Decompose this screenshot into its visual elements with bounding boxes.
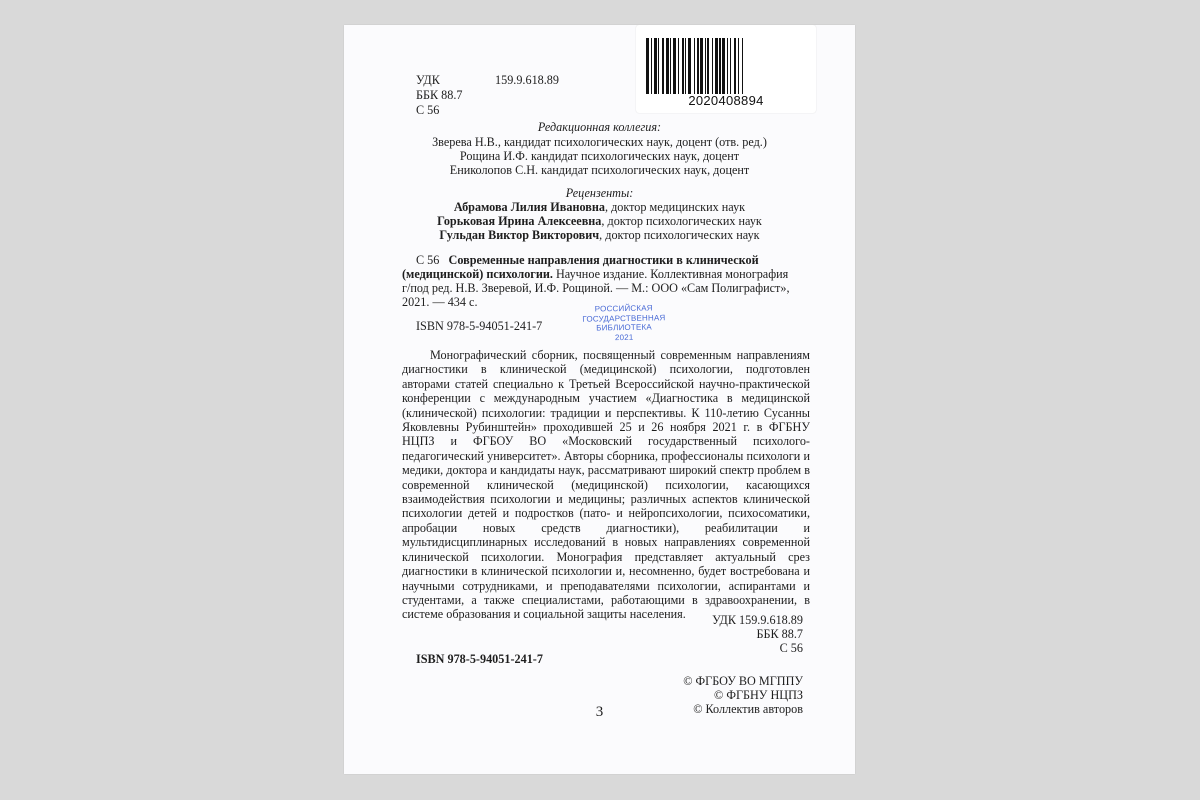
bibliographic-line: (медицинской) психологии. Научное издани… [402, 267, 788, 281]
page-number: 3 [344, 704, 855, 721]
reviewers-heading: Рецензенты: [344, 186, 855, 200]
reviewer: Гульдан Виктор Викторович, доктор психол… [344, 228, 855, 242]
editorial-member: Зверева Н.В., кандидат психологических н… [344, 135, 855, 149]
barcode-number: 2020408894 [636, 93, 816, 108]
barcode-sticker: 2020408894 [636, 25, 816, 113]
bib-mark: С 56 [416, 253, 439, 267]
copyright-line: © ФГБОУ ВО МГППУ [604, 674, 803, 688]
bibliographic-line: 2021. — 434 с. [402, 295, 478, 309]
editorial-member: Ениколопов С.Н. кандидат психологических… [344, 163, 855, 177]
reviewer-title: , доктор психологических наук [599, 228, 759, 242]
bottom-udk: УДК 159.9.618.89 [644, 613, 803, 627]
reviewer-title: , доктор медицинских наук [605, 200, 745, 214]
editorial-board-heading: Редакционная коллегия: [344, 120, 855, 134]
book-page: 2020408894 УДК 159.9.618.89 ББК 88.7 С 5… [344, 25, 855, 774]
bib-title: Современные направления диагностики в кл… [449, 253, 759, 267]
reviewer: Абрамова Лилия Ивановна, доктор медицинс… [344, 200, 855, 214]
reviewer-name: Абрамова Лилия Ивановна [454, 200, 605, 214]
isbn-bottom: ISBN 978-5-94051-241-7 [416, 652, 543, 666]
udk-value: 159.9.618.89 [495, 73, 559, 87]
reviewer-name: Горьковая Ирина Алексеевна [437, 214, 601, 228]
reviewer-name: Гульдан Виктор Викторович [439, 228, 599, 242]
editorial-member: Рощина И.Ф. кандидат психологических нау… [344, 149, 855, 163]
copyright-line: © ФГБНУ НЦПЗ [604, 688, 803, 702]
bibliographic-entry: С 56 Современные направления диагностики… [416, 253, 759, 267]
bbk-code: ББК 88.7 [416, 88, 463, 102]
abstract-paragraph: Монографический сборник, посвященный сов… [402, 348, 810, 622]
bibliographic-line: г/под ред. Н.В. Зверевой, И.Ф. Рощиной. … [402, 281, 790, 295]
bottom-bbk: ББК 88.7 [644, 627, 803, 641]
reviewer-title: , доктор психологических наук [601, 214, 761, 228]
isbn-top: ISBN 978-5-94051-241-7 [416, 319, 542, 333]
barcode-icon [646, 38, 806, 94]
author-mark: С 56 [416, 103, 439, 117]
udk-label: УДК [416, 73, 440, 87]
reviewer: Горьковая Ирина Алексеевна, доктор психо… [344, 214, 855, 228]
library-stamp: РОССИЙСКАЯ ГОСУДАРСТВЕННАЯ БИБЛИОТЕКА 20… [569, 303, 680, 343]
bottom-mark: С 56 [644, 641, 803, 655]
